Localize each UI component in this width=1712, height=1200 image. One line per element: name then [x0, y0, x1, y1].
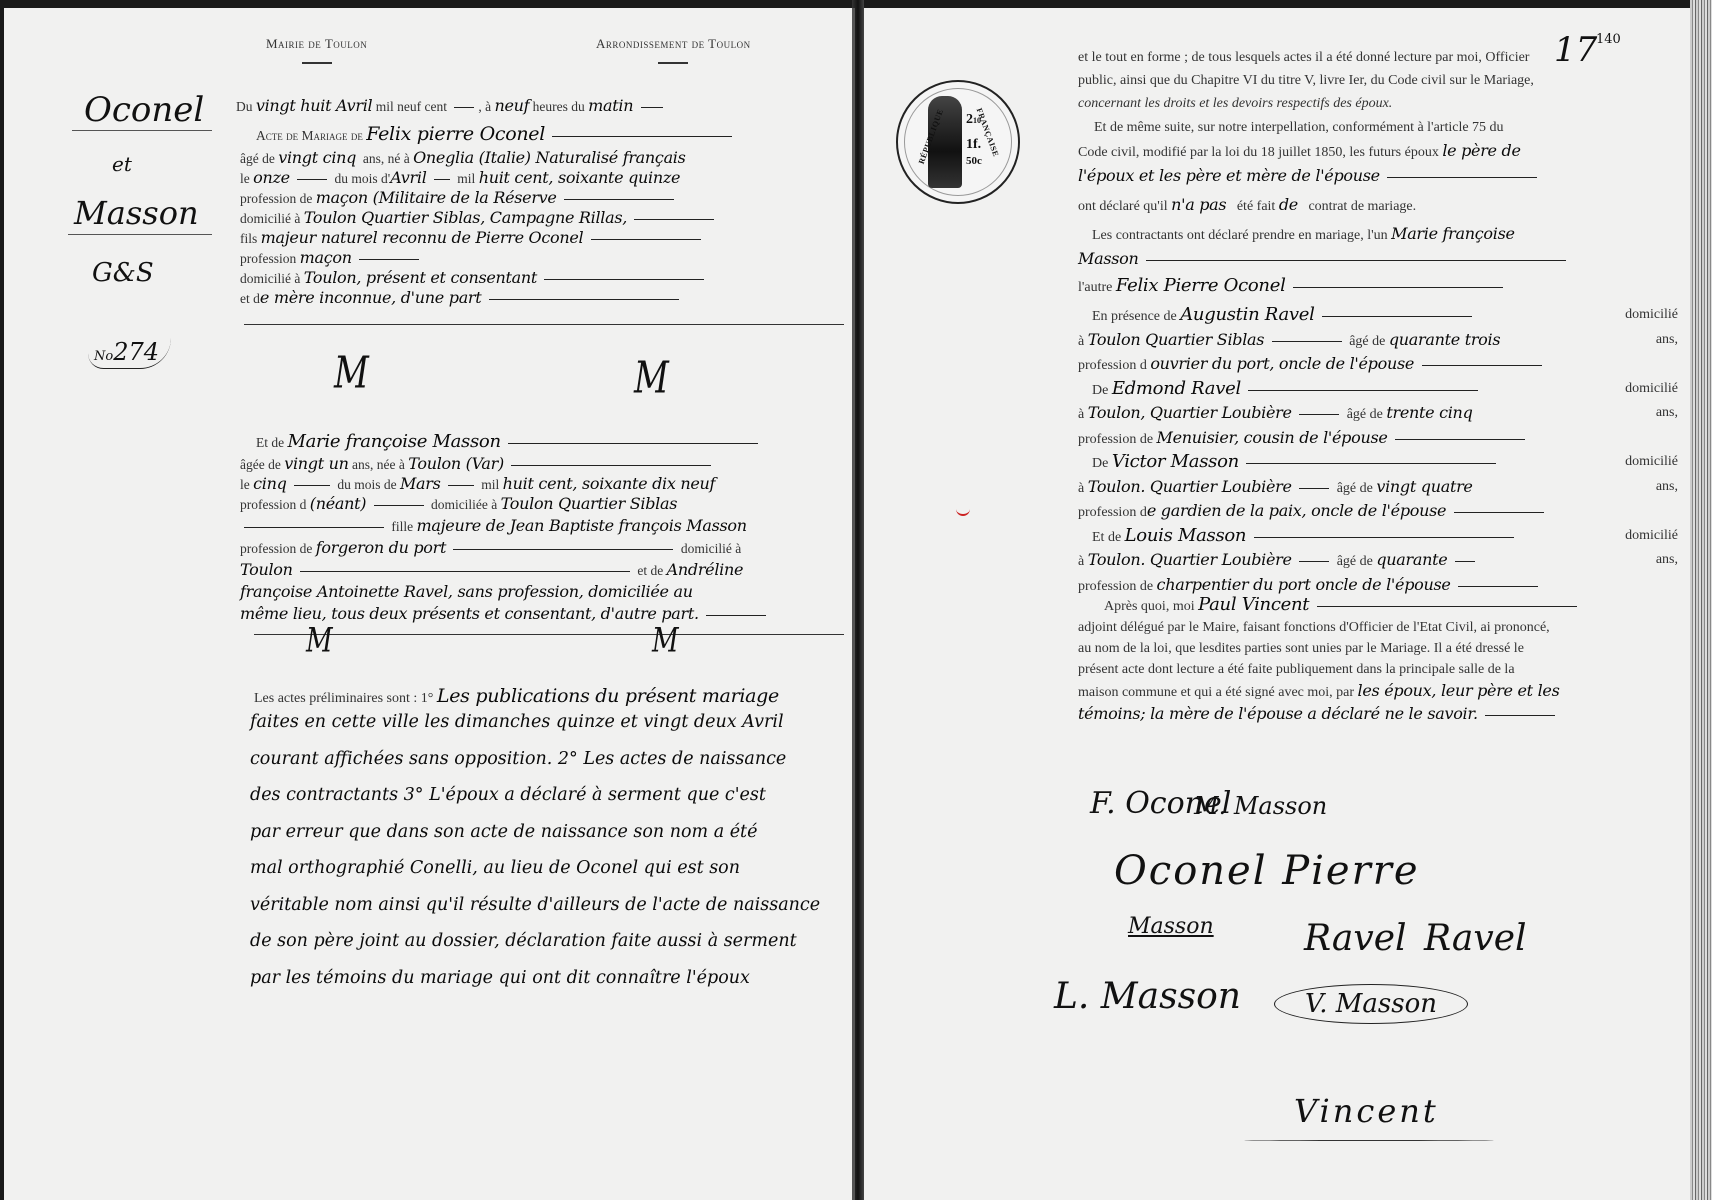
margin-underline — [68, 234, 212, 235]
header-arrondissement: Arrondissement de Toulon — [596, 36, 751, 52]
preliminary-text: faites en cette ville les dimanches quin… — [250, 704, 820, 996]
witness-1: En présence de Augustin Ravel domicilié … — [1078, 304, 1678, 378]
marriage-date: vingt huit Avril — [256, 96, 373, 115]
contract-paragraph: Et de même suite, sur notre interpellati… — [1078, 116, 1678, 218]
paraph-mark: M — [652, 622, 679, 661]
mother-line: et de mère inconnue, d'une part — [240, 288, 683, 309]
bride-age-line: âgée de vingt un ans, née à Toulon (Var) — [240, 454, 715, 475]
signature-witness-ravel-1: Ravel — [1304, 918, 1407, 959]
marriage-hour: neuf — [494, 96, 529, 115]
father-domicile-line: domicilié à Toulon, présent et consentan… — [240, 268, 708, 289]
stamp-value: 210 1f. 50c — [966, 112, 982, 169]
act-number-value: 274 — [113, 338, 159, 366]
margin-bride-surname: Masson — [74, 194, 199, 232]
bride-father-domicile-line: Toulon et de Andréline — [240, 560, 743, 581]
signature-officer: Vincent — [1294, 1092, 1439, 1130]
margin-underline — [72, 130, 212, 131]
bride-father-profession-line: profession de forgeron du port domicilié… — [240, 538, 741, 559]
signature-bride: M. Masson — [1194, 792, 1327, 820]
act-number: No274 — [88, 338, 171, 369]
bride-mother-line: françoise Antoinette Ravel, sans profess… — [240, 582, 693, 603]
opening-paragraph: et le tout en forme ; de tous lesquels a… — [1078, 46, 1678, 115]
fiscal-stamp-seal: RÉPUBLIQUE FRANÇAISE 210 1f. 50c — [896, 80, 1020, 204]
header-mairie: Mairie de Toulon — [266, 36, 367, 52]
signature-groom-father: Oconel Pierre — [1114, 848, 1420, 894]
margin-groom-surname: Oconel — [84, 90, 204, 130]
paraph-mark: M — [334, 347, 369, 399]
witness-4: Et de Louis Masson domicilié à Toulon. Q… — [1078, 525, 1678, 599]
bride-birthdate-line: le cinq du mois de Mars mil huit cent, s… — [240, 474, 715, 495]
signature-bride-father: Masson — [1128, 914, 1214, 939]
bride-name: Marie françoise Masson — [288, 431, 501, 452]
margin-annotation: G&S — [92, 258, 154, 288]
witness-3: De Victor Masson domicilié à Toulon. Qua… — [1078, 451, 1678, 525]
groom-name-line: Acte de Mariage de Felix pierre Oconel — [256, 124, 736, 146]
date-line: Du vingt huit Avril mil neuf cent , à ne… — [236, 96, 667, 117]
act-number-label: No — [94, 349, 113, 364]
red-pencil-mark — [956, 508, 970, 516]
groom-birthplace: Oneglia (Italie) Naturalisé français — [413, 148, 685, 167]
closing-paragraph: Après quoi, moi Paul Vincent adjoint dél… — [1078, 594, 1678, 726]
bride-profession-line: profession d (néant) domiciliée à Toulon… — [240, 494, 677, 515]
folio-number: 140 — [1596, 32, 1621, 47]
parties-paragraph: Les contractants ont déclaré prendre en … — [1078, 222, 1678, 299]
signature-witness-l-masson: L. Masson — [1054, 976, 1241, 1017]
paraph-mark: M — [634, 352, 669, 404]
margin-conjunction: et — [112, 152, 132, 176]
paraph-mark: M — [306, 622, 333, 661]
bride-name-line: Et de Marie françoise Masson — [256, 432, 762, 453]
groom-name: Felix pierre Oconel — [366, 123, 545, 145]
bride-parent-line: fille majeure de Jean Baptiste françois … — [240, 516, 747, 537]
page-edges — [1690, 0, 1712, 1200]
father-profession-line: profession maçon — [240, 248, 423, 269]
groom-parent-line: fils majeur naturel reconnu de Pierre Oc… — [240, 228, 705, 249]
groom-profession-line: profession de maçon (Militaire de la Rés… — [240, 188, 678, 209]
witness-2: De Edmond Ravel domicilié à Toulon, Quar… — [1078, 378, 1678, 452]
signature-witness-ravel-2: Ravel — [1424, 918, 1527, 959]
officer-name: Paul Vincent — [1198, 594, 1309, 615]
groom-birthdate-line: le onze du mois d'Avril mil huit cent, s… — [240, 168, 680, 189]
signature-witness-v-masson: V. Masson — [1274, 984, 1468, 1024]
groom-domicile-line: domicilié à Toulon Quartier Siblas, Camp… — [240, 208, 718, 229]
groom-age-line: âgé de vingt cinq ans, né à Oneglia (Ita… — [240, 148, 686, 169]
left-page: Mairie de Toulon Arrondissement de Toulo… — [4, 8, 855, 1200]
witnesses-section: En présence de Augustin Ravel domicilié … — [1078, 304, 1678, 598]
